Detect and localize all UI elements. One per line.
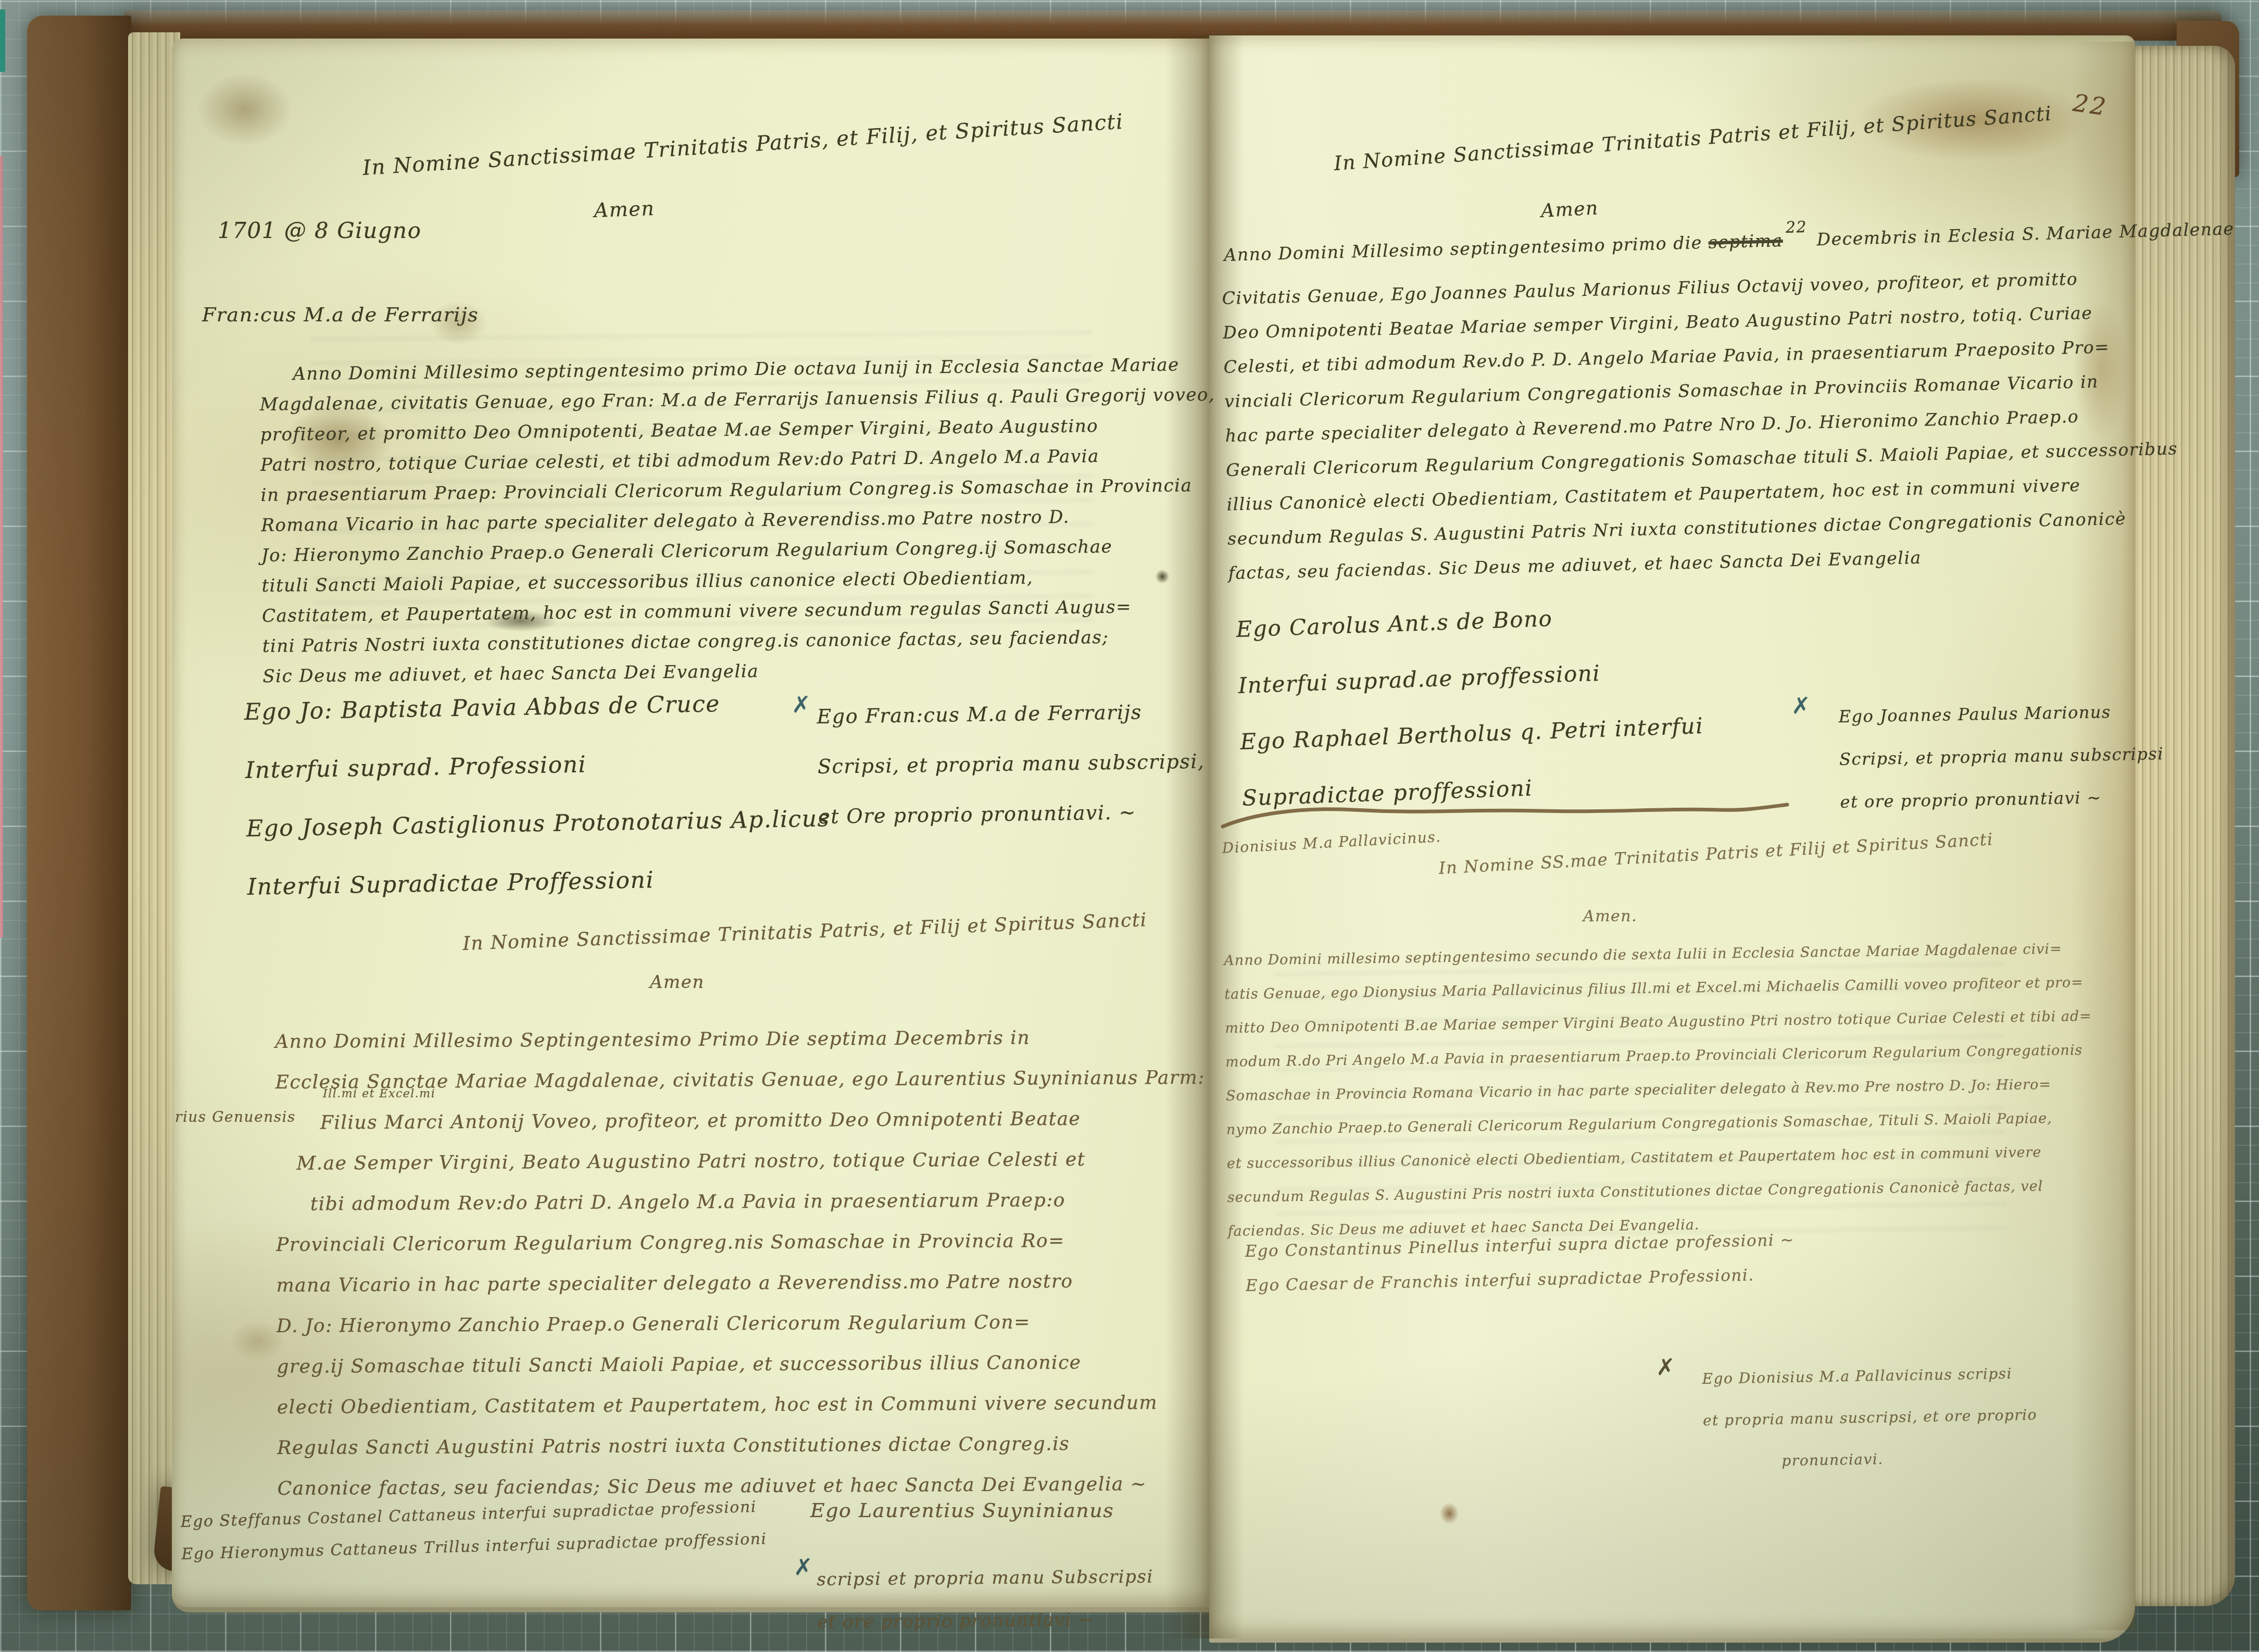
handwritten-line: D. Jo: Hieronymo Zanchio Praep.o General… <box>277 1301 1207 1347</box>
right-record1-cross-mark: ✗ <box>1791 693 1811 719</box>
left-margin-name: Fran:cus M.a de Ferrarijs <box>202 303 479 326</box>
left-record1-amen: Amen <box>594 197 655 222</box>
handwritten-line: Scripsi, et propria manu subscripsi, <box>817 736 1205 792</box>
handwritten-line: tibi admodum Rev:do Patri D. Angelo M.a … <box>310 1180 1206 1225</box>
handwritten-line: Ego Jo: Baptista Pavia Abbas de Cruce <box>244 673 829 742</box>
left-margin-date: 1701 @ 8 Giugno <box>218 218 421 243</box>
left-record2-professed-signature: scripsi et propria manu Subscripsiet ore… <box>817 1555 1154 1644</box>
left-record1-body: Anno Domini Millesimo septingentesimo pr… <box>259 349 1218 692</box>
right-record1-body: Civitatis Genuae, Ego Joannes Paulus Mar… <box>1222 260 2180 591</box>
left-record1-witness-signatures: Ego Jo: Baptista Pavia Abbas de CruceInt… <box>244 673 832 916</box>
handwritten-line: M.ae Semper Virgini, Beato Augustino Pat… <box>296 1139 1206 1184</box>
handwritten-line: et Ore proprio pronuntiavi. ~ <box>818 786 1206 842</box>
left-record1-professed-signature: Ego Fran:cus M.a de FerrarijsScripsi, et… <box>817 686 1206 842</box>
line1-struck-word: septima <box>1708 230 1783 253</box>
right-record2-cross-mark: ✗ <box>1656 1354 1675 1381</box>
handwritten-line: Ecclesia Sanctae Mariae Magdalenae, civi… <box>275 1058 1205 1103</box>
right-record1-amen: Amen <box>1540 197 1599 222</box>
handwritten-line: Interfui suprad. Professioni <box>245 731 830 800</box>
handwritten-line: Provinciali Clericorum Regularium Congre… <box>276 1220 1206 1266</box>
handwritten-line: electi Obedientiam, Castitatem et Pauper… <box>277 1383 1207 1428</box>
handwritten-line: Ego Joannes Paulus Marionus <box>1838 690 2163 738</box>
left-record2-amen: Amen <box>650 972 705 993</box>
handwritten-line: et ore proprio pronuntiavi ~ <box>817 1598 1154 1644</box>
handwritten-line: Anno Domini Millesimo Septingentesimo Pr… <box>275 1017 1205 1062</box>
handwritten-line: pronunciavi. <box>1781 1436 2038 1482</box>
mat-edge-sliver-teal <box>0 9 5 72</box>
handwritten-line: Ego Fran:cus M.a de Ferrarijs <box>817 686 1204 742</box>
handwritten-line: Ego Joseph Castiglionus Protonotarius Ap… <box>246 790 831 858</box>
right-record2-witness-signatures: Ego Constantinus Pinellus interfui supra… <box>1245 1223 1796 1303</box>
handwritten-line: Filius Marci Antonij Voveo, profiteor, e… <box>320 1098 1206 1144</box>
right-record2-subscription: Ego Dionisius M.a Pallavicinus scripsiet… <box>1702 1353 2038 1483</box>
right-record2-amen: Amen. <box>1583 907 1637 925</box>
handwritten-line: et ore proprio pronuntiavi ~ <box>1840 775 2165 823</box>
left-record1-cross-mark: ✗ <box>792 692 811 718</box>
mat-edge-sliver-pink <box>0 156 3 937</box>
page-corner-mark: 22 <box>2071 89 2109 121</box>
left-record2-professed-name: Ego Laurentius Suyninianus <box>810 1499 1114 1522</box>
handwritten-line: mana Vicario in hac parte specialiter de… <box>276 1261 1206 1306</box>
handwritten-line: Regulas Sancti Augustini Patris nostri i… <box>277 1423 1207 1469</box>
photograph-scene: In Nomine Sanctissimae Trinitatis Patris… <box>0 0 2259 1652</box>
left-record2-cross-mark: ✗ <box>794 1554 813 1581</box>
handwritten-line: Scripsi, et propria manu subscripsi <box>1839 732 2164 781</box>
right-record1-professed-signature: Ego Joannes Paulus MarionusScripsi, et p… <box>1838 690 2165 823</box>
handwritten-line: et propria manu suscripsi, et ore propri… <box>1702 1394 2037 1442</box>
handwritten-line: greg.ij Somaschae tituli Sancti Maioli P… <box>277 1342 1207 1387</box>
handwritten-line: Ego Dionisius M.a Pallavicinus scripsi <box>1702 1353 2037 1400</box>
handwritten-line: Interfui Supradictae Proffessioni <box>247 848 832 917</box>
left-record2-body: Anno Domini Millesimo Septingentesimo Pr… <box>275 1017 1207 1509</box>
separator-stroke <box>1219 789 1791 836</box>
handwritten-line: scripsi et propria manu Subscripsi <box>817 1555 1153 1601</box>
line1-correction: 22 <box>1786 218 1808 237</box>
book-left-leather-cover <box>27 16 131 1610</box>
right-record2-body: Anno Domini millesimo septingentesimo se… <box>1224 932 2095 1248</box>
